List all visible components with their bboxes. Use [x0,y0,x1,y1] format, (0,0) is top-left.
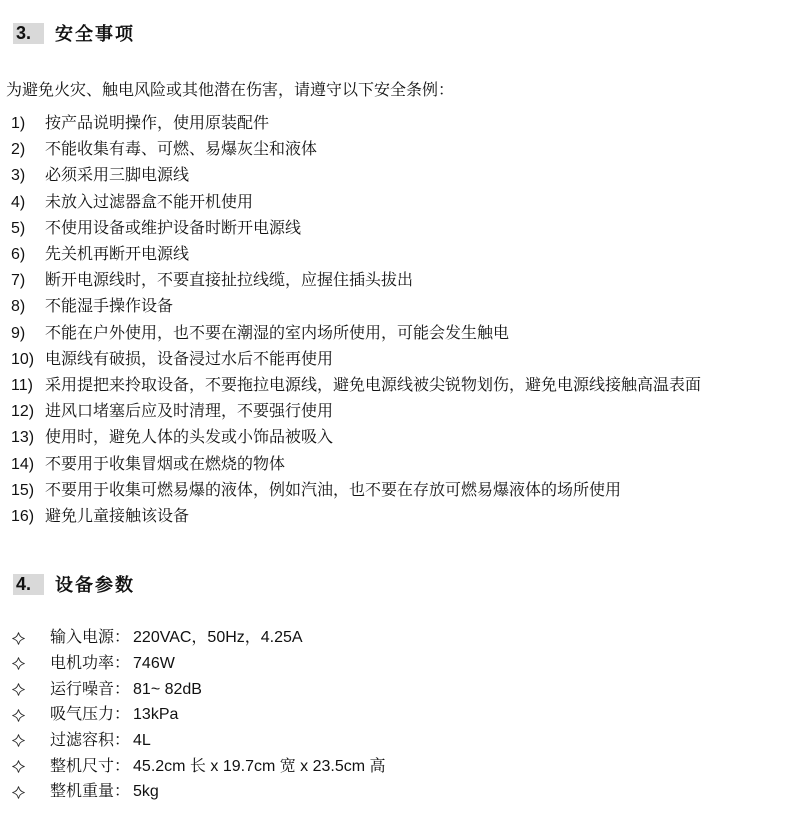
safety-list-item: 12) 进风口堵塞后应及时清理，不要强行使用 [11,399,785,425]
safety-list-item: 14) 不要用于收集冒烟或在燃烧的物体 [11,452,785,478]
safety-item-text: 采用提把来拎取设备，不要拖拉电源线，避免电源线被尖锐物划伤，避免电源线接触高温表… [45,373,701,399]
safety-list-item: 9) 不能在户外使用，也不要在潮湿的室内场所使用，可能会发生触电 [11,321,785,347]
safety-item-number: 9) [11,321,45,347]
parameter-label: 输入电源： [50,625,130,651]
four-pointed-star-icon [12,632,50,645]
four-pointed-star-icon [12,734,50,747]
parameter-value: 220VAC，50Hz，4.25A [133,625,303,651]
safety-item-number: 2) [11,137,45,163]
safety-item-number: 5) [11,216,45,242]
safety-item-text: 不能收集有毒、可燃、易爆灰尘和液体 [45,137,317,163]
safety-list-item: 2) 不能收集有毒、可燃、易爆灰尘和液体 [11,137,785,163]
safety-item-number: 3) [11,163,45,189]
safety-item-number: 7) [11,268,45,294]
safety-list-item: 10) 电源线有破损，设备浸过水后不能再使用 [11,347,785,373]
section-4-heading: 4. 设备参数 [13,571,785,597]
safety-item-number: 10) [11,347,45,373]
safety-item-number: 13) [11,425,45,451]
safety-item-number: 11) [11,373,45,399]
parameter-label: 吸气压力： [50,702,130,728]
safety-list: 1) 按产品说明操作，使用原装配件 2) 不能收集有毒、可燃、易爆灰尘和液体 3… [0,111,785,530]
parameter-item: 电机功率： 746W [12,651,785,677]
four-pointed-star-icon [12,760,50,773]
safety-item-text: 断开电源线时，不要直接扯拉线缆，应握住插头拔出 [45,268,413,294]
safety-list-item: 13) 使用时，避免人体的头发或小饰品被吸入 [11,425,785,451]
safety-list-item: 4) 未放入过滤器盒不能开机使用 [11,190,785,216]
parameter-item: 吸气压力： 13kPa [12,702,785,728]
parameter-label: 整机尺寸： [50,754,130,780]
safety-item-text: 不能在户外使用，也不要在潮湿的室内场所使用，可能会发生触电 [45,321,509,347]
safety-item-text: 按产品说明操作，使用原装配件 [45,111,269,137]
parameter-value: 5kg [133,779,159,805]
safety-item-number: 15) [11,478,45,504]
safety-item-number: 14) [11,452,45,478]
parameter-value: 81~ 82dB [133,677,202,703]
parameter-item: 整机尺寸： 45.2cm 长 x 19.7cm 宽 x 23.5cm 高 [12,754,785,780]
safety-item-number: 6) [11,242,45,268]
parameter-value: 13kPa [133,702,178,728]
safety-item-text: 避免儿童接触该设备 [45,504,189,530]
safety-list-item: 3) 必须采用三脚电源线 [11,163,785,189]
four-pointed-star-icon [12,683,50,696]
document-page: 3. 安全事项 为避免火灾、触电风险或其他潜在伤害，请遵守以下安全条例： 1) … [0,0,785,830]
safety-list-item: 1) 按产品说明操作，使用原装配件 [11,111,785,137]
parameter-label: 电机功率： [50,651,130,677]
safety-item-text: 不能湿手操作设备 [45,294,173,320]
safety-item-number: 1) [11,111,45,137]
safety-item-text: 必须采用三脚电源线 [45,163,189,189]
parameter-label: 整机重量： [50,779,130,805]
safety-item-text: 先关机再断开电源线 [45,242,189,268]
section-4-title: 设备参数 [55,571,135,597]
section-3-heading: 3. 安全事项 [13,20,785,46]
safety-item-text: 不要用于收集可燃易爆的液体，例如汽油，也不要在存放可燃易爆液体的场所使用 [45,478,621,504]
parameter-value: 746W [133,651,175,677]
parameter-item: 运行噪音： 81~ 82dB [12,677,785,703]
safety-item-text: 使用时，避免人体的头发或小饰品被吸入 [45,425,333,451]
safety-item-text: 电源线有破损，设备浸过水后不能再使用 [45,347,333,373]
section-3-number: 3. [13,23,44,44]
parameter-value: 45.2cm 长 x 19.7cm 宽 x 23.5cm 高 [133,754,386,780]
four-pointed-star-icon [12,657,50,670]
safety-intro-paragraph: 为避免火灾、触电风险或其他潜在伤害，请遵守以下安全条例： [6,79,773,103]
safety-item-number: 12) [11,399,45,425]
safety-item-text: 进风口堵塞后应及时清理，不要强行使用 [45,399,333,425]
safety-list-item: 11) 采用提把来拎取设备，不要拖拉电源线，避免电源线被尖锐物划伤，避免电源线接… [11,373,785,399]
safety-item-number: 4) [11,190,45,216]
safety-item-number: 8) [11,294,45,320]
parameter-value: 4L [133,728,151,754]
safety-item-text: 不使用设备或维护设备时断开电源线 [45,216,301,242]
safety-list-item: 6) 先关机再断开电源线 [11,242,785,268]
parameter-label: 过滤容积： [50,728,130,754]
four-pointed-star-icon [12,786,50,799]
device-parameters-list: 输入电源： 220VAC，50Hz，4.25A 电机功率： 746W [0,625,785,805]
safety-list-item: 8) 不能湿手操作设备 [11,294,785,320]
safety-item-number: 16) [11,504,45,530]
safety-item-text: 未放入过滤器盒不能开机使用 [45,190,253,216]
section-3-title: 安全事项 [55,20,135,46]
safety-list-item: 16) 避免儿童接触该设备 [11,504,785,530]
safety-item-text: 不要用于收集冒烟或在燃烧的物体 [45,452,285,478]
parameter-item: 过滤容积： 4L [12,728,785,754]
safety-list-item: 15) 不要用于收集可燃易爆的液体，例如汽油，也不要在存放可燃易爆液体的场所使用 [11,478,785,504]
safety-list-item: 7) 断开电源线时，不要直接扯拉线缆，应握住插头拔出 [11,268,785,294]
parameter-label: 运行噪音： [50,677,130,703]
four-pointed-star-icon [12,709,50,722]
section-4-number: 4. [13,574,44,595]
parameter-item: 输入电源： 220VAC，50Hz，4.25A [12,625,785,651]
safety-list-item: 5) 不使用设备或维护设备时断开电源线 [11,216,785,242]
parameter-item: 整机重量： 5kg [12,779,785,805]
